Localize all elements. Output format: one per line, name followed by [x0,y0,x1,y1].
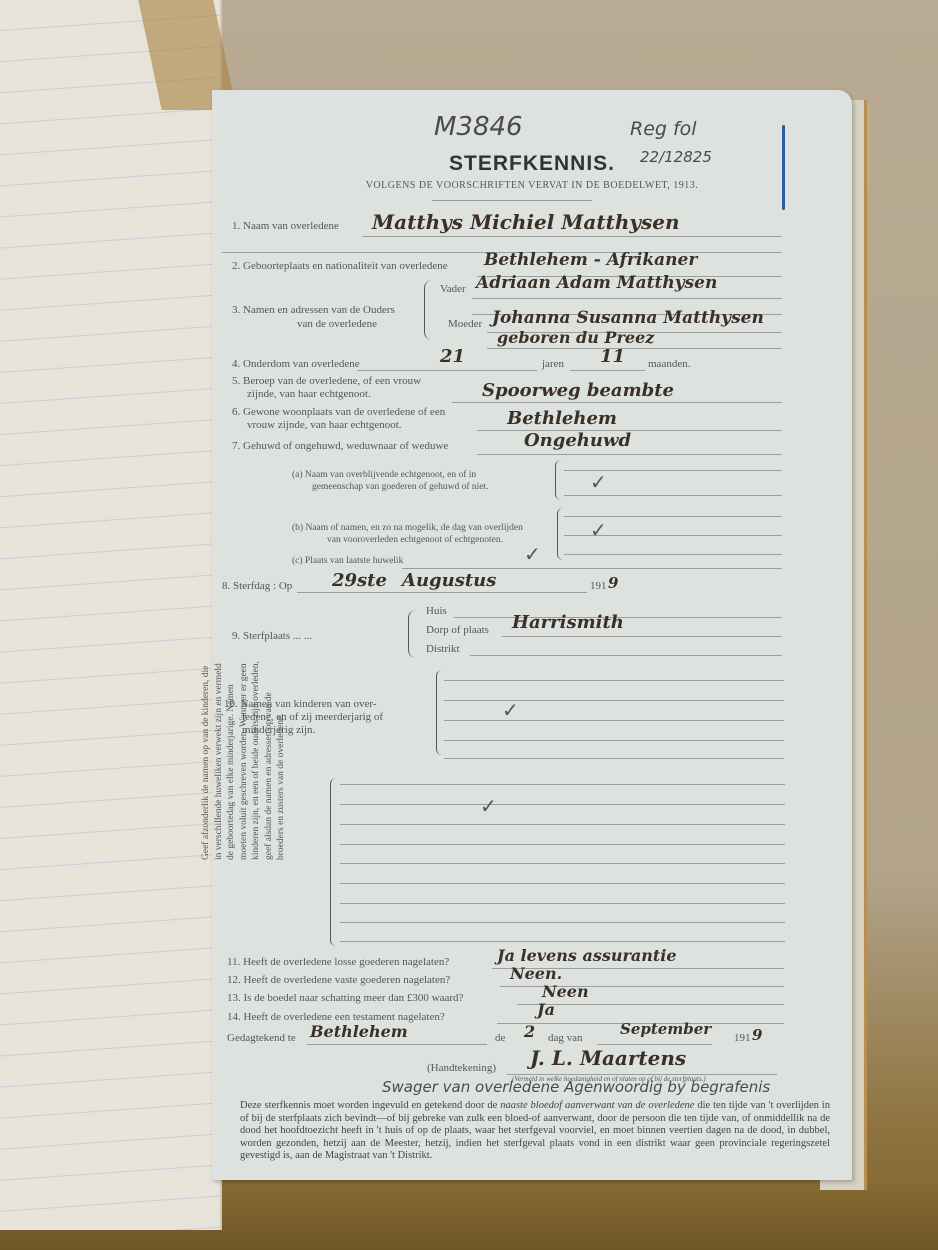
field-6-value[interactable]: Bethlehem [507,408,617,429]
rule [564,516,782,517]
age-years[interactable]: 21 [440,346,465,367]
rule [402,568,782,569]
field-12-label: 12. Heeft de overledene vaste goederen n… [227,974,450,986]
rule [470,655,782,656]
dated-place[interactable]: Bethlehem [310,1022,408,1041]
town-value[interactable]: Harrismith [512,612,624,633]
siblings-instructions: Geef afzonderlik de namen op van de kind… [200,660,320,860]
form-title: STERFKENNIS. [212,152,852,176]
district-label: Distrikt [426,643,460,655]
field-1-value[interactable]: Matthys Michiel Matthysen [372,210,680,234]
father-label: Vader [440,283,466,295]
checkmark-icon: ✓ [502,698,519,722]
footer-text-italic: naaste bloedof aanverwant van de overled… [500,1100,694,1111]
field-12-value[interactable]: Neen. [510,964,562,983]
rule [564,495,782,496]
checkmark-icon: ✓ [590,470,607,494]
brace [408,610,416,658]
rule [444,680,784,681]
rule [444,740,784,741]
field-5-value[interactable]: Spoorweg beambte [482,380,674,401]
death-year-suffix[interactable]: 9 [608,574,618,592]
capacity-value[interactable]: Swager van overledene Agenwoordig by beg… [382,1078,770,1096]
rule [340,824,785,825]
age-months[interactable]: 11 [600,346,625,367]
signed-month[interactable]: September [620,1020,711,1038]
field-3-label: 3. Namen en adressen van de Ouders [232,304,395,316]
field-2-value[interactable]: Bethlehem - Afrikaner [484,250,697,270]
field-3-label-2: van de overledene [297,318,377,330]
death-month[interactable]: Augustus [402,570,496,591]
months-label: maanden. [648,358,690,370]
field-6-label-2: vrouw zijnde, van haar echtgenoot. [247,419,402,431]
years-label: jaren [542,358,564,370]
rule [444,720,784,721]
footer-text: Deze sterfkennis moet worden ingevuld en… [240,1100,500,1111]
signature-label: (Handtekening) [427,1062,496,1074]
rule [502,636,782,637]
field-7a-label: (a) Naam van overblijvende echtgenoot, e… [292,470,476,480]
field-8-label: 8. Sterfdag : Op [222,580,292,592]
mother-maiden-name[interactable]: geboren du Preez [497,328,654,347]
rule [570,370,645,371]
checkmark-icon: ✓ [524,542,541,566]
house-label: Huis [426,605,447,617]
mother-value[interactable]: Johanna Susanna Matthysen [492,308,764,328]
footer-instructions: Deze sterfkennis moet worden ingevuld en… [240,1100,830,1163]
field-2-label: 2. Geboorteplaats en nationaliteit van o… [232,260,448,272]
field-7-label: 7. Gehuwd of ongehuwd, weduwnaar of wedu… [232,440,448,452]
death-day[interactable]: 29ste [332,570,387,591]
rule [487,348,782,349]
brace [555,460,561,500]
register-label: Reg fol [630,118,697,140]
form-subtitle: VOLGENS DE VOORSCHRIFTEN VERVAT IN DE BO… [212,180,852,191]
rule [477,454,782,455]
field-7a-label-2: gemeenschap van goederen of gehuwd of ni… [312,482,488,492]
rule [452,402,782,403]
rule [340,922,785,923]
rule [362,236,782,237]
rule [340,883,785,884]
field-13-label: 13. Is de boedel naar schatting meer dan… [227,992,463,1004]
rule [564,535,782,536]
signed-year-suffix[interactable]: 9 [752,1026,762,1044]
brace [330,778,336,946]
field-13-value[interactable]: Neen [542,982,589,1001]
rule [472,298,782,299]
checkmark-icon: ✓ [590,518,607,542]
signed-day[interactable]: 2 [524,1022,535,1041]
field-9-label: 9. Sterfplaats ... ... [232,630,312,642]
month-label: dag van [548,1032,583,1044]
day-label: de [495,1032,505,1044]
field-5-label-2: zijnde, van haar echtgenoot. [247,388,371,400]
rule [564,554,782,555]
rule [340,863,785,864]
brace [436,670,442,755]
death-notice-form: M3846 Reg fol 22/12825 STERFKENNIS. VOLG… [212,90,852,1180]
rule [597,1044,712,1045]
field-7c-label: (c) Plaats van laatste huwelik [292,556,403,566]
town-label: Dorp of plaats [426,624,489,636]
field-11-label: 11. Heeft de overledene losse goederen n… [227,956,449,968]
field-7b-label-2: van vooroverleden echtgenoot of echtgeno… [327,535,503,545]
rule [340,804,785,805]
rule [444,758,784,759]
brace [557,508,563,560]
field-11-value[interactable]: Ja levens assurantie [497,946,677,965]
field-5-label: 5. Beroep van de overledene, of een vrou… [232,375,421,387]
death-year-prefix: 191 [590,580,607,592]
left-ledger-page [0,0,222,1230]
brace [424,280,432,340]
rule [340,941,785,942]
field-7b-label: (b) Naam of namen, en zo na mogelik, de … [292,523,523,533]
field-1-label: 1. Naam van overledene [232,220,339,232]
dated-label: Gedagtekend te [227,1032,296,1044]
signature-value[interactable]: J. L. Maartens [530,1046,686,1070]
rule [357,370,537,371]
rule [340,844,785,845]
field-6-label: 6. Gewone woonplaats van de overledene o… [232,406,445,418]
field-14-value[interactable]: Ja [537,1000,555,1019]
rule [340,784,785,785]
mother-label: Moeder [448,318,482,330]
field-4-label: 4. Onderdom van overledene [232,358,360,370]
rule [444,700,784,701]
checkmark-icon: ✓ [480,794,497,818]
rule [307,1044,487,1045]
rule [517,1004,784,1005]
signed-year-prefix: 191 [734,1032,751,1044]
field-7-value[interactable]: Ongehuwd [524,430,631,451]
rule [340,903,785,904]
reference-number: M3846 [434,112,523,142]
rule [297,592,587,593]
father-value[interactable]: Adriaan Adam Matthysen [476,273,717,293]
title-divider [432,200,592,201]
